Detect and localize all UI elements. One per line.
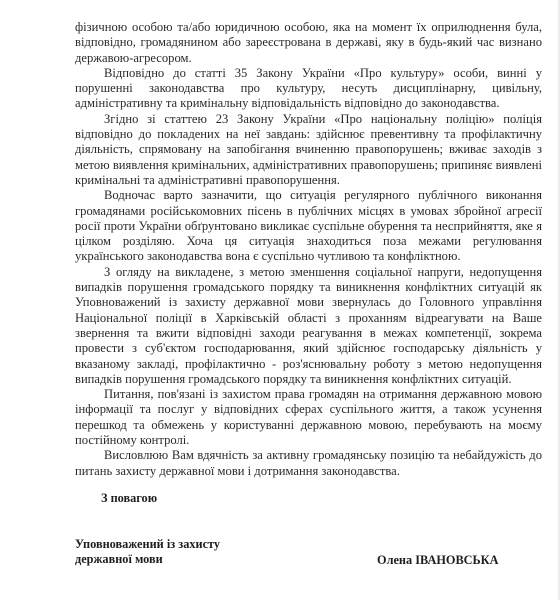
- signer-position-line1: Уповноважений із захисту: [75, 537, 220, 552]
- paragraph-public-songs: Водночас варто зазначити, що ситуація ре…: [75, 188, 542, 264]
- paragraph-appeal-to-police: З огляду на викладене, з метою зменшення…: [75, 265, 542, 387]
- signer-position-line2: державної мови: [75, 552, 220, 567]
- paragraph-gratitude: Висловлюю Вам вдячність за активну грома…: [75, 448, 542, 479]
- paragraph-control: Питання, пов'язані із захистом права гро…: [75, 387, 542, 448]
- signer-name: Олена ІВАНОВСЬКА: [377, 553, 498, 568]
- closing-regards: З повагою: [101, 491, 157, 506]
- paragraph-law-on-culture: Відповідно до статті 35 Закону України «…: [75, 66, 542, 112]
- paragraph-law-on-police: Згідно зі статтею 23 Закону України «Про…: [75, 112, 542, 188]
- letter-body: фізичною особою та/або юридичною особою,…: [75, 20, 542, 479]
- letter-page: фізичною особою та/або юридичною особою,…: [0, 0, 560, 600]
- signer-position: Уповноважений із захисту державної мови: [75, 537, 220, 566]
- paragraph-state-aggressor: фізичною особою та/або юридичною особою,…: [75, 20, 542, 66]
